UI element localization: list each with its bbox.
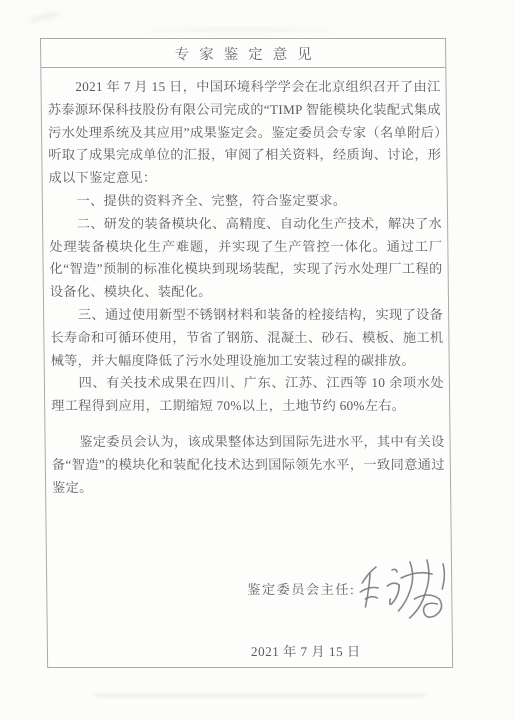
- signature-label: 鉴定委员会主任:: [247, 579, 355, 598]
- paragraph-item-3: 三、通过使用新型不锈钢材料和装备的栓接结构，实现了设备长寿命和可循环使用，节省了…: [50, 304, 444, 372]
- scanned-document-page: 专家鉴定意见 2021 年 7 月 15 日，中国环境科学学会在北京组织召开了由…: [0, 0, 515, 720]
- paragraph-conclusion: 鉴定委员会认为，该成果整体达到国际先进水平，其中有关设备“智造”的模块化和装配化…: [51, 431, 445, 499]
- appraisal-body: 2021 年 7 月 15 日，中国环境科学学会在北京组织召开了由江苏泰源环保科…: [41, 68, 450, 499]
- scan-paper-edge-shadow: [95, 694, 425, 697]
- handwritten-signature: [350, 555, 449, 629]
- document-title-bar: 专家鉴定意见: [41, 39, 445, 68]
- document-date: 2021 年 7 月 15 日: [251, 641, 361, 660]
- paragraph-item-4: 四、有关技术成果在四川、广东、江苏、江西等 10 余项水处理工程得到应用，工期缩…: [51, 372, 445, 418]
- document-title: 专家鉴定意见: [165, 43, 322, 64]
- appraisal-form: 专家鉴定意见 2021 年 7 月 15 日，中国环境科学学会在北京组织召开了由…: [40, 38, 453, 668]
- scan-smudge: [28, 10, 62, 24]
- paragraph-intro: 2021 年 7 月 15 日，中国环境科学学会在北京组织召开了由江苏泰源环保科…: [47, 76, 441, 190]
- paragraph-item-1: 一、提供的资料齐全、完整，符合鉴定要求。: [49, 190, 442, 213]
- paragraph-item-2: 二、研发的装备模块化、高精度、自动化生产技术，解决了水处理装备模块化生产难题，并…: [49, 213, 443, 304]
- scan-smudge: [150, 28, 330, 32]
